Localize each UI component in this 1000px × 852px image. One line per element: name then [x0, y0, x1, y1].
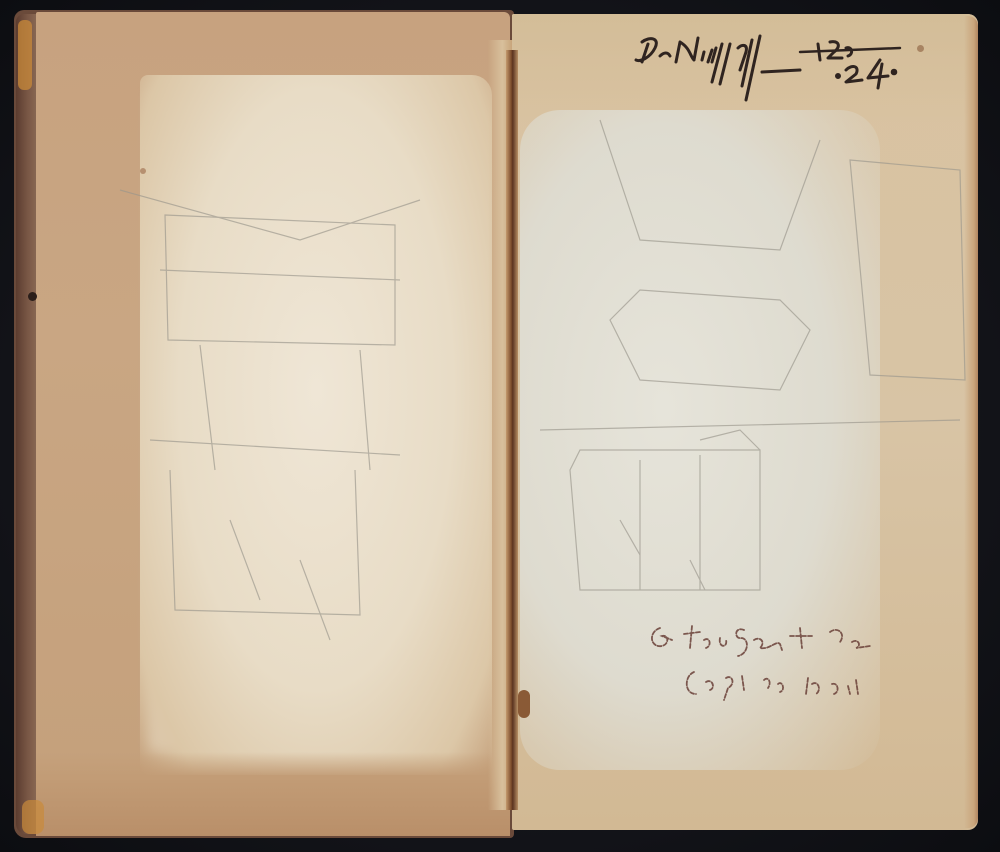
book-gutter: [506, 50, 518, 810]
foxing-spot: [140, 168, 146, 174]
worn-corner-top: [18, 20, 32, 90]
ink-stain-gutter: [518, 690, 530, 718]
right-page-fore-edge: [964, 16, 978, 828]
leather-spine-edge: [16, 14, 38, 834]
left-page-paper-patch: [140, 75, 492, 775]
foxing-spot-right: [917, 45, 924, 52]
left-page-bottom-toning: [36, 752, 510, 836]
worn-corner-bottom: [22, 800, 44, 834]
right-page-top-toning: [512, 14, 978, 124]
right-page-light-area: [520, 110, 880, 770]
wormhole-mark: [28, 292, 37, 301]
